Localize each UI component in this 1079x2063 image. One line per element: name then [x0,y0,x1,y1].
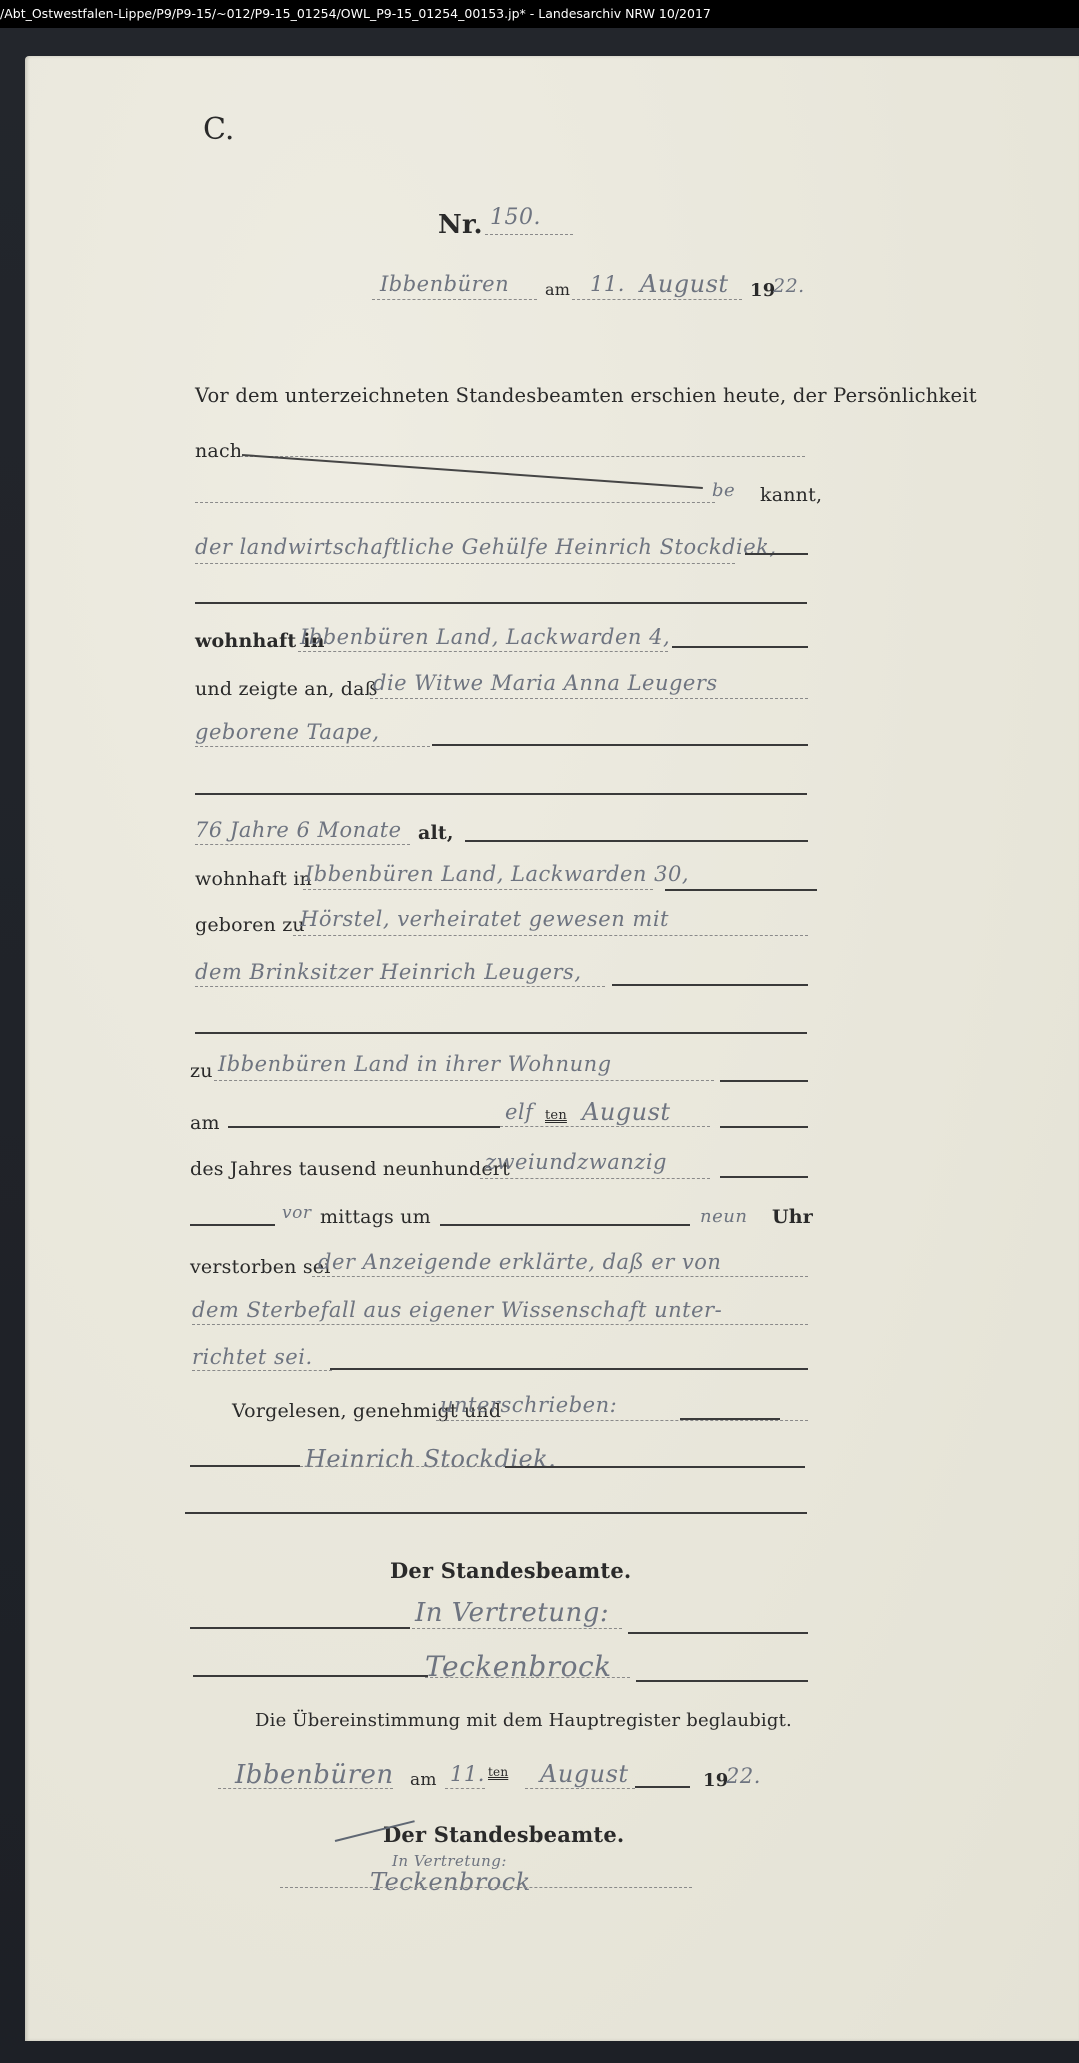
fill-line [665,889,817,891]
year-line [480,1178,710,1179]
cert-heading: Der Standesbeamte. [383,1822,624,1847]
ten-label: ten [545,1108,567,1123]
uhr-label: Uhr [772,1206,813,1228]
fill-line [330,1368,808,1370]
mittags-label: mittags um [320,1206,431,1228]
fill-line [720,1080,808,1082]
fill-line [505,1466,805,1468]
cert-day-line [445,1788,485,1789]
day: 11. [590,272,625,296]
am-label-2: am [190,1112,220,1134]
residence-line [298,651,668,652]
cert-day: 11. [450,1762,485,1786]
vor-prefix: vor [282,1203,311,1223]
nach-line [240,456,805,457]
am-label: am [545,280,570,299]
death-place-line [214,1080,714,1081]
zu-label: zu [190,1060,213,1082]
number-line [485,234,573,235]
fill-line [228,1126,500,1128]
death-year-words: zweiundzwanzig [485,1150,667,1174]
remark-line3: richtet sei. [192,1345,313,1369]
death-date-line [500,1126,710,1127]
date-line [572,299,742,300]
cert-signature: Teckenbrock [370,1868,531,1896]
fill-line [745,553,808,555]
remark-line-2 [192,1324,808,1325]
cert-place-line [218,1788,393,1789]
death-place: Ibbenbüren Land in ihrer Wohnung [218,1052,612,1076]
place-line [372,299,537,300]
unterschrieben: unterschrieben: [440,1393,617,1417]
cert-month-line [525,1788,635,1789]
age-line [195,844,410,845]
cert-ten: ten [488,1765,508,1779]
zeigte-label: und zeigte an, daß [195,678,378,700]
fill-line [612,984,808,986]
informant-line [195,563,735,564]
fill-line [185,1512,807,1514]
month: August [640,270,729,298]
deceased-line2: geborene Taape, [195,720,380,744]
remark-line-3 [192,1370,332,1371]
fill-line [432,744,808,746]
fill-line [195,602,807,604]
fill-line [465,840,808,842]
deceased-line-2 [195,746,430,747]
geboren-label: geboren zu [195,914,305,936]
residence-line-2 [303,889,653,890]
cert-signature-line [280,1887,692,1888]
signature-informant-line [300,1466,500,1467]
window-title: /Abt_Ostwestfalen-Lippe/P9/P9-15/~012/P9… [0,6,711,21]
alt-label: alt, [418,822,454,844]
spouse: dem Brinksitzer Heinrich Leugers, [195,960,582,984]
death-day: elf [505,1100,533,1124]
wohnhaft-label-2: wohnhaft in [195,868,312,890]
cert-month: August [540,1760,629,1788]
nach-label: nach [195,440,242,462]
deceased-line1: die Witwe Maria Anna Leugers [373,671,718,695]
fill-line [440,1224,690,1226]
deceased-residence: Ibbenbüren Land, Lackwarden 30, [305,862,689,886]
year-suffix: 22. [773,275,805,297]
nach-line-2 [195,502,715,503]
hour: neun [700,1206,747,1227]
deceased-line [370,698,808,699]
fill-line [720,1176,808,1178]
number-label: Nr. [438,210,483,240]
informant-residence: Ibbenbüren Land, Lackwarden 4, [300,625,670,649]
fill-line [635,1786,690,1788]
verstorben-label: verstorben sei [190,1256,331,1278]
age: 76 Jahre 6 Monate [195,818,402,842]
remark-line1: der Anzeigende erklärte, daß er von [318,1250,721,1274]
vertretung-line [412,1628,622,1629]
spouse-line [195,986,605,987]
fill-line [190,1224,275,1226]
fill-line [195,793,807,795]
cert-place: Ibbenbüren [235,1760,394,1790]
fill-line [720,1126,808,1128]
fill-line [190,1627,410,1629]
number-value: 150. [490,205,541,230]
fill-line [193,1675,428,1677]
death-month: August [582,1098,671,1126]
intro-text: Vor dem unterzeichneten Standesbeamten e… [195,384,977,407]
birthplace: Hörstel, verheiratet gewesen mit [300,907,669,931]
form-letter: C. [203,112,234,147]
registrar-name-line [425,1677,630,1678]
signature-informant: Heinrich Stockdiek. [305,1445,556,1473]
kannt-prefix: be [712,480,735,501]
jahres-label: des Jahres tausend neunhundert [190,1158,510,1180]
fill-line [680,1418,780,1420]
registrar-vertretung: In Vertretung: [415,1598,609,1628]
window-title-bar: /Abt_Ostwestfalen-Lippe/P9/P9-15/~012/P9… [0,0,1079,28]
cert-year-prefix: 19 [703,1770,728,1791]
document-page [25,56,1079,2041]
registrar-heading: Der Standesbeamte. [390,1558,631,1583]
signature-line [436,1420,808,1421]
fill-line [628,1632,808,1634]
fill-line [195,1032,807,1034]
fill-line [636,1680,808,1682]
fill-line [190,1465,300,1467]
cert-year-suffix: 22. [726,1764,761,1788]
fill-line [672,646,808,648]
registrar-name: Teckenbrock [425,1650,612,1683]
cert-am: am [410,1770,437,1790]
remark-line [312,1276,808,1277]
kannt-label: kannt, [760,484,822,506]
year-prefix: 19 [750,280,775,301]
certification: Die Übereinstimmung mit dem Hauptregiste… [255,1710,792,1731]
remark-line2: dem Sterbefall aus eigener Wissenschaft … [192,1298,722,1322]
place: Ibbenbüren [380,272,509,296]
informant: der landwirtschaftliche Gehülfe Heinrich… [195,535,777,559]
birthplace-line [293,935,808,936]
